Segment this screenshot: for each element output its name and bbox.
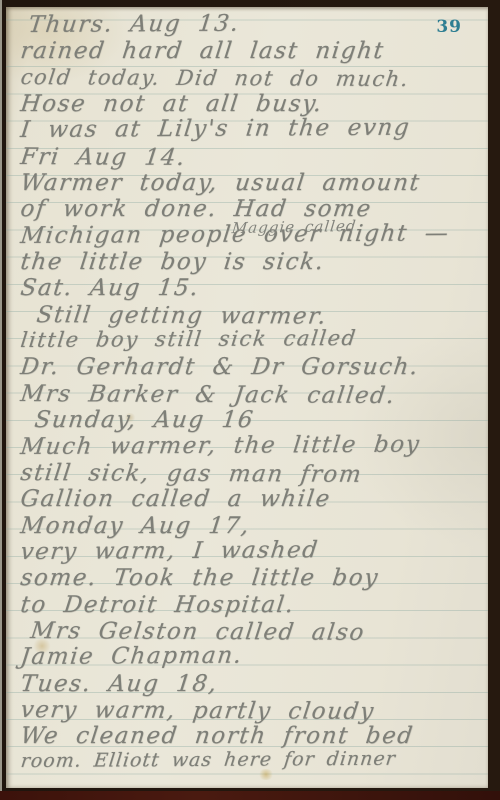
diary-line: Thurs. Aug 13. (19, 9, 487, 38)
notebook-photo: 39 Thurs. Aug 13. rained hard all last n… (0, 0, 500, 800)
diary-line: I was at Lily's in the evng (19, 115, 487, 144)
interline-note: Maggie called (231, 217, 358, 237)
diary-line: to Detroit Hospital. (19, 592, 487, 618)
diary-text: Thurs. Aug 13. rained hard all last nigh… (19, 12, 484, 776)
diary-line: some. Took the little boy (19, 565, 487, 591)
diary-page: 39 Thurs. Aug 13. rained hard all last n… (6, 7, 488, 788)
diary-line: We cleaned north front bed (19, 723, 487, 749)
diary-line: Mrs Barker & Jack called. (19, 381, 487, 410)
diary-line: Monday Aug 17, (19, 513, 487, 539)
diary-line: very warm, I washed (19, 536, 487, 565)
book-cover-edge (0, 791, 500, 800)
diary-line: Dr. Gerhardt & Dr Gorsuch. (19, 354, 487, 380)
diary-line: cold today. Did not do much. (19, 65, 487, 94)
diary-line: rained hard all last night (19, 38, 487, 64)
diary-line: Fri Aug 14. (19, 144, 487, 173)
diary-line: Hose not at all busy. (19, 91, 487, 117)
diary-line: Jamie Chapman. (19, 641, 487, 670)
diary-line: Sunday, Aug 16 (19, 407, 487, 433)
diary-line: room. Elliott was here for dinner (19, 747, 487, 776)
diary-line: Much warmer, the little boy (19, 431, 487, 460)
diary-line: Gallion called a while (19, 486, 487, 512)
diary-line: Warmer today, usual amount (19, 170, 487, 196)
diary-line: still sick, gas man from (19, 460, 487, 489)
diary-line: very warm, partly cloudy (19, 697, 487, 726)
diary-line: the little boy is sick. (19, 249, 487, 275)
diary-line: Tues. Aug 18, (19, 671, 487, 697)
diary-line: little boy still sick called (19, 325, 487, 354)
diary-line: Sat. Aug 15. (19, 275, 487, 301)
